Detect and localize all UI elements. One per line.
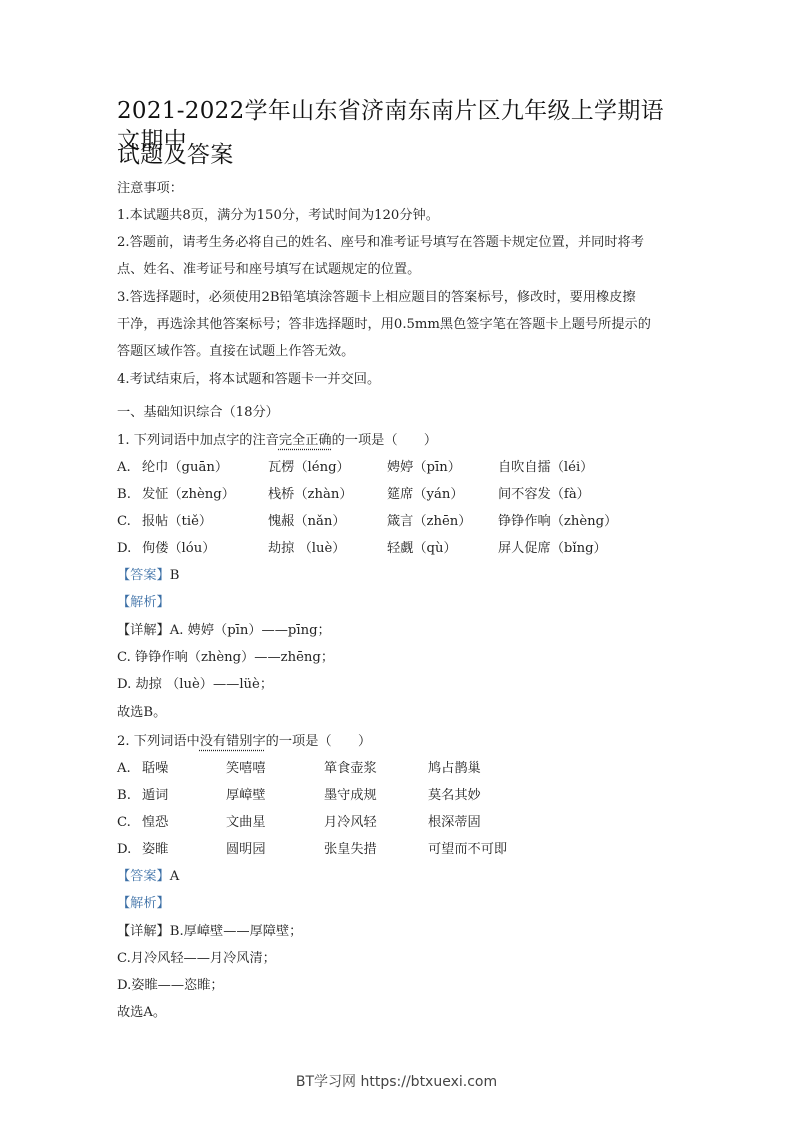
q1-analysis: 【解析】: [117, 594, 170, 612]
notice-item: 4.考试结束后，将本试题和答题卡一并交回。: [117, 371, 380, 389]
q1-option-cell: 间不容发（fà）: [498, 486, 590, 504]
q1-option-cell: 愧赧（nǎn）: [268, 513, 346, 531]
q2-option-label: C.: [117, 814, 131, 832]
q2-option-cell: 惶恐: [142, 814, 168, 832]
q2-option-cell: 遁词: [142, 787, 168, 805]
q1-option-label: D.: [117, 540, 131, 558]
q1-option-cell: 栈桥（zhàn）: [268, 486, 353, 504]
q2-stem-suffix: 的一项是（ ）: [266, 734, 372, 749]
q2-option-cell: 箪食壶浆: [324, 760, 377, 778]
q2-detail-line: C.月冷风轻——月冷风清；: [117, 950, 276, 968]
q2-conclusion: 故选A。: [117, 1004, 166, 1022]
q1-stem-prefix: 1. 下列词语中加点字的注音: [117, 433, 279, 448]
notice-item: 干净，再选涂其他答案标号；答非选择题时，用0.5mm黑色签字笔在答题卡上题号所提…: [117, 316, 651, 334]
q2-option-cell: 莫名其妙: [428, 787, 481, 805]
q1-stem-dotted: 完全正确: [279, 433, 332, 448]
answer-tag: 【答案】: [117, 568, 170, 583]
q2-stem-prefix: 2. 下列词语中: [117, 734, 200, 749]
q2-detail-line: D.姿睢——恣睢；: [117, 977, 224, 995]
notice-item: 答题区域作答。直接在试题上作答无效。: [117, 343, 354, 361]
detail-tag: 【详解】: [117, 623, 170, 638]
q1-option-label: C.: [117, 513, 131, 531]
q1-detail-line: C. 铮铮作响（zhèng）——zhēng；: [117, 649, 334, 667]
section-heading: 一、基础知识综合（18分）: [117, 404, 279, 422]
q1-option-cell: 铮铮作响（zhèng）: [498, 513, 617, 531]
q1-option-cell: 报帖（tiě）: [142, 513, 212, 531]
q2-analysis: 【解析】: [117, 895, 170, 913]
q1-detail-line: D. 劫掠 （luè）——lüè；: [117, 676, 273, 694]
q2-stem-dotted: 没有错别字: [200, 734, 266, 749]
q2-option-label: B.: [117, 787, 131, 805]
q2-option-cell: 圆明园: [226, 841, 266, 859]
q1-option-cell: 轻觑（qù）: [387, 540, 457, 558]
analysis-tag: 【解析】: [117, 896, 170, 911]
q2-option-cell: 鸠占鹊巢: [428, 760, 481, 778]
notice-item: 点、姓名、准考证号和座号填写在试题规定的位置。: [117, 261, 420, 279]
q2-option-cell: 厚嶂壁: [226, 787, 266, 805]
detail-text: B.厚嶂壁——厚障壁；: [170, 924, 303, 939]
q1-conclusion: 故选B。: [117, 704, 166, 722]
q1-option-cell: 娉婷（pīn）: [387, 459, 461, 477]
q1-option-cell: 劫掠 （luè）: [268, 540, 345, 558]
q1-option-cell: 筵席（yán）: [387, 486, 464, 504]
q2-answer: 【答案】A: [117, 868, 179, 886]
q2-option-cell: 笑嘻嘻: [226, 760, 266, 778]
q2-option-cell: 聒噪: [142, 760, 168, 778]
q2-option-cell: 可望而不可即: [428, 841, 507, 859]
q1-stem: 1. 下列词语中加点字的注音完全正确的一项是（ ）: [117, 432, 437, 450]
q2-option-cell: 姿睢: [142, 841, 168, 859]
q2-stem: 2. 下列词语中没有错别字的一项是（ ）: [117, 733, 371, 751]
q2-option-cell: 张皇失措: [324, 841, 377, 859]
q2-option-cell: 根深蒂固: [428, 814, 481, 832]
q2-option-cell: 月冷风轻: [324, 814, 377, 832]
q2-option-cell: 文曲星: [226, 814, 266, 832]
detail-text: A. 娉婷（pīn）——pīng；: [170, 623, 331, 638]
q1-option-label: B.: [117, 486, 131, 504]
notice-item: 3.答选择题时，必须使用2B铅笔填涂答题卡上相应题目的答案标号，修改时，要用橡皮…: [117, 289, 636, 307]
q2-option-label: A.: [117, 760, 131, 778]
notice-item: 1.本试题共8页，满分为150分，考试时间为120分钟。: [117, 207, 439, 225]
q1-option-cell: 佝偻（lóu）: [142, 540, 215, 558]
q1-stem-suffix: 的一项是（ ）: [332, 433, 438, 448]
q1-option-cell: 瓦楞（léng）: [268, 459, 350, 477]
q1-option-cell: 屏人促席（bǐng）: [498, 540, 607, 558]
q1-option-cell: 纶巾（guān）: [142, 459, 228, 477]
notice-item: 2.答题前，请考生务必将自己的姓名、座号和准考证号填写在答题卡规定位置，并同时将…: [117, 234, 644, 252]
analysis-tag: 【解析】: [117, 595, 170, 610]
q2-option-label: D.: [117, 841, 131, 859]
q1-answer: 【答案】B: [117, 567, 179, 585]
detail-tag: 【详解】: [117, 924, 170, 939]
q1-option-cell: 自吹自擂（léi）: [498, 459, 593, 477]
q1-option-label: A.: [117, 459, 131, 477]
document-page: 2021-2022学年山东省济南东南片区九年级上学期语文期中 试题及答案 注意事…: [0, 0, 793, 1122]
answer-value: B: [170, 568, 180, 583]
answer-value: A: [170, 869, 180, 884]
answer-tag: 【答案】: [117, 869, 170, 884]
notice-heading: 注意事项：: [117, 180, 183, 198]
footer-watermark: BT学习网 https://btxuexi.com: [0, 1071, 793, 1091]
q1-detail: 【详解】A. 娉婷（pīn）——pīng；: [117, 622, 331, 640]
q2-detail: 【详解】B.厚嶂壁——厚障壁；: [117, 923, 302, 941]
q1-option-cell: 箴言（zhēn）: [387, 513, 472, 531]
document-title-line2: 试题及答案: [117, 140, 687, 170]
q2-option-cell: 墨守成规: [324, 787, 377, 805]
q1-option-cell: 发怔（zhèng）: [142, 486, 235, 504]
